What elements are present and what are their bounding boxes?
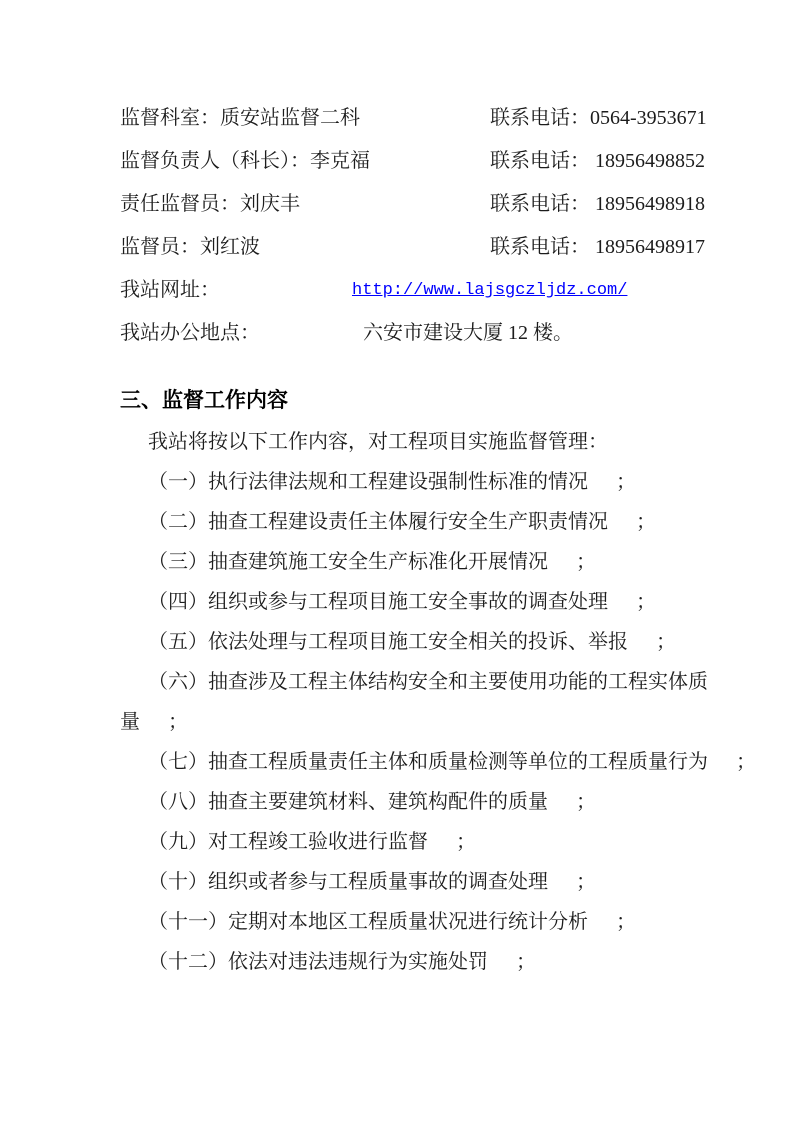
list-item: （十）组织或者参与工程质量事故的调查处理； <box>120 862 720 902</box>
list-item: （四）组织或参与工程项目施工安全事故的调查处理； <box>120 582 720 622</box>
supervision-items-list: （一）执行法律法规和工程建设强制性标准的情况；（二）抽查工程建设责任主体履行安全… <box>120 462 720 982</box>
trailing-punctuation: ； <box>588 902 599 942</box>
office-address-label: 我站办公地点： <box>120 312 363 355</box>
contact-label: 监督科室：质安站监督二科 <box>120 97 370 140</box>
list-item: （二）抽查工程建设责任主体履行安全生产职责情况； <box>120 502 720 542</box>
contact-label: 监督员：刘红波 <box>120 226 370 269</box>
list-item: （七）抽查工程质量责任主体和质量检测等单位的工程质量行为； <box>120 742 720 782</box>
list-item: （六）抽查涉及工程主体结构安全和主要使用功能的工程实体质量； <box>120 662 720 742</box>
contact-label: 责任监督员：刘庆丰 <box>120 183 370 226</box>
trailing-punctuation: ； <box>548 542 559 582</box>
trailing-punctuation: ； <box>140 702 151 742</box>
website-row: 我站网址： http://www.lajsgczljdz.com/ <box>120 269 720 312</box>
website-label: 我站网址： <box>120 269 352 312</box>
office-address-value: 六安市建设大厦 12 楼。 <box>363 312 573 355</box>
contact-row: 监督科室：质安站监督二科 联系电话：0564-3953671 <box>120 97 720 140</box>
section-intro: 我站将按以下工作内容，对工程项目实施监督管理： <box>120 422 720 462</box>
office-row: 我站办公地点： 六安市建设大厦 12 楼。 <box>120 312 720 355</box>
contact-row: 监督员：刘红波 联系电话： 18956498917 <box>120 226 720 269</box>
contact-row: 监督负责人（科长）：李克福 联系电话： 18956498852 <box>120 140 720 183</box>
trailing-punctuation: ； <box>428 822 439 862</box>
trailing-punctuation: ； <box>608 582 619 622</box>
list-item: （三）抽查建筑施工安全生产标准化开展情况； <box>120 542 720 582</box>
trailing-punctuation: ； <box>588 462 599 502</box>
list-item: （九）对工程竣工验收进行监督； <box>120 822 720 862</box>
section-heading: 三、监督工作内容 <box>120 379 720 422</box>
list-item: （十一）定期对本地区工程质量状况进行统计分析； <box>120 902 720 942</box>
contact-phone: 联系电话： 18956498852 <box>490 140 720 183</box>
list-item: （五）依法处理与工程项目施工安全相关的投诉、举报； <box>120 622 720 662</box>
website-link[interactable]: http://www.lajsgczljdz.com/ <box>352 269 627 312</box>
contact-phone: 联系电话：0564-3953671 <box>490 97 720 140</box>
document-page: 监督科室：质安站监督二科 联系电话：0564-3953671 监督负责人（科长）… <box>0 0 793 1122</box>
trailing-punctuation: ； <box>548 862 559 902</box>
trailing-punctuation: ； <box>548 782 559 822</box>
contact-phone: 联系电话： 18956498918 <box>490 183 720 226</box>
trailing-punctuation: ； <box>628 622 639 662</box>
trailing-punctuation: ； <box>708 742 719 782</box>
list-item: （八）抽查主要建筑材料、建筑构配件的质量； <box>120 782 720 822</box>
contact-phone: 联系电话： 18956498917 <box>490 226 720 269</box>
trailing-punctuation: ； <box>488 942 499 982</box>
contact-row: 责任监督员：刘庆丰 联系电话： 18956498918 <box>120 183 720 226</box>
list-item: （一）执行法律法规和工程建设强制性标准的情况； <box>120 462 720 502</box>
trailing-punctuation: ； <box>608 502 619 542</box>
contact-label: 监督负责人（科长）：李克福 <box>120 140 370 183</box>
list-item: （十二）依法对违法违规行为实施处罚； <box>120 942 720 982</box>
